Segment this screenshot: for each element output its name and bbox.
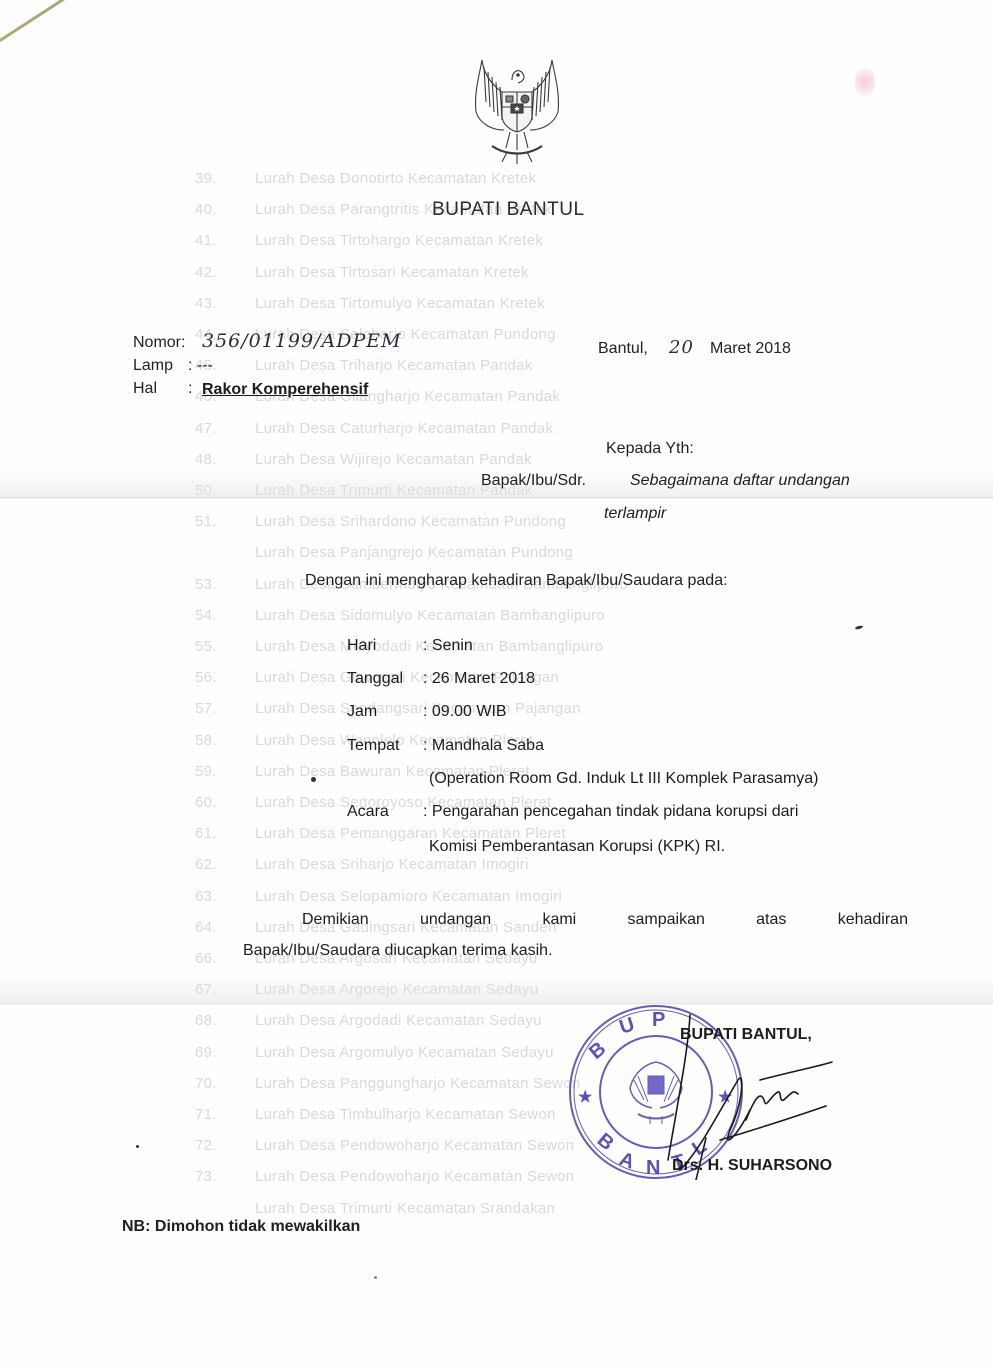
ghost-text-line: 47.Lurah Desa Caturharjo Kecamatan Panda… bbox=[195, 420, 553, 437]
hal-value: Rakor Komperehensif bbox=[202, 381, 368, 399]
ghost-text-line: 72.Lurah Desa Pendowoharjo Kecamatan Sew… bbox=[195, 1137, 574, 1154]
detail-label: Acara bbox=[347, 803, 423, 821]
signatory-title: BUPATI BANTUL, bbox=[680, 1026, 812, 1044]
ghost-text-line: 48.Lurah Desa Wijirejo Kecamatan Pandak bbox=[195, 451, 532, 468]
svg-text:U: U bbox=[617, 1013, 638, 1038]
recipient-salutation: Kepada Yth: bbox=[606, 440, 694, 458]
ghost-text-line: 39.Lurah Desa Donotirto Kecamatan Kretek bbox=[195, 170, 536, 187]
svg-text:B: B bbox=[585, 1038, 610, 1064]
closing-line2: Bapak/Ibu/Saudara diucapkan terima kasih… bbox=[243, 942, 553, 960]
lamp-value: : --- bbox=[188, 357, 213, 375]
detail-label: Hari bbox=[347, 637, 423, 655]
signatory-name: Drs. H. SUHARSONO bbox=[672, 1157, 832, 1175]
detail-value: : Mandhala Saba bbox=[423, 737, 544, 754]
detail-row: Tanggal: 26 Maret 2018 bbox=[347, 670, 535, 688]
nomor-label: Nomor: bbox=[133, 334, 185, 352]
ghost-text-line: 41.Lurah Desa Tirtohargo Kecamatan Krete… bbox=[195, 232, 543, 249]
garuda-emblem-icon bbox=[462, 52, 572, 172]
intro-paragraph: Dengan ini mengharap kehadiran Bapak/Ibu… bbox=[305, 572, 728, 590]
closing-word: undangan bbox=[420, 911, 491, 929]
scanned-letter-page: 39.Lurah Desa Donotirto Kecamatan Kretek… bbox=[0, 0, 993, 1366]
svg-text:N: N bbox=[646, 1157, 660, 1179]
paper-fold-line bbox=[0, 497, 993, 499]
ghost-text-line: 51.Lurah Desa Srihardono Kecamatan Pundo… bbox=[195, 513, 566, 530]
paper-fold-line bbox=[0, 1003, 993, 1005]
ink-speck bbox=[136, 1145, 139, 1148]
svg-text:A: A bbox=[616, 1148, 637, 1174]
detail-value: : 26 Maret 2018 bbox=[423, 670, 535, 687]
detail-label: Tanggal bbox=[347, 670, 423, 688]
ghost-text-line: 42.Lurah Desa Tirtosari Kecamatan Kretek bbox=[195, 264, 529, 281]
detail-value: : Senin bbox=[423, 637, 473, 654]
ghost-text-line: Lurah Desa Panjangrejo Kecamatan Pundong bbox=[195, 544, 573, 561]
ink-speck bbox=[374, 1276, 377, 1279]
date-day-handwritten: 20 bbox=[669, 337, 694, 358]
detail-label: Jam bbox=[347, 703, 423, 721]
paper-fold-shade bbox=[0, 975, 993, 1003]
ghost-text-line: 73.Lurah Desa Pendowoharjo Kecamatan Sew… bbox=[195, 1168, 574, 1185]
ghost-text-line: 43.Lurah Desa Tirtomulyo Kecamatan Krete… bbox=[195, 295, 545, 312]
detail-value: (Operation Room Gd. Induk Lt III Komplek… bbox=[429, 770, 819, 787]
ink-smudge bbox=[855, 68, 875, 96]
place-label: Bantul, bbox=[598, 340, 648, 358]
detail-value: Komisi Pemberantasan Korupsi (KPK) RI. bbox=[429, 838, 725, 855]
letterhead-title: BUPATI BANTUL bbox=[432, 199, 585, 221]
recipient-line2: terlampir bbox=[604, 505, 666, 523]
lamp-label: Lamp bbox=[133, 357, 173, 375]
ghost-text-line: 69.Lurah Desa Argomulyo Kecamatan Sedayu bbox=[195, 1044, 554, 1061]
ghost-text-line: 71.Lurah Desa Timbulharjo Kecamatan Sewo… bbox=[195, 1106, 556, 1123]
recipient-line1: Sebagaimana daftar undangan bbox=[630, 472, 850, 490]
ink-speck bbox=[855, 625, 864, 630]
detail-label: Tempat bbox=[347, 737, 423, 755]
detail-value: : Pengarahan pencegahan tindak pidana ko… bbox=[423, 803, 798, 820]
ink-speck bbox=[311, 777, 316, 782]
detail-row: Tempat: Mandhala Saba bbox=[347, 737, 544, 755]
svg-text:★: ★ bbox=[578, 1089, 593, 1106]
closing-word: sampaikan bbox=[628, 911, 705, 929]
detail-row: Jam: 09.00 WIB bbox=[347, 703, 507, 721]
ghost-text-line: 70.Lurah Desa Panggungharjo Kecamatan Se… bbox=[195, 1075, 581, 1092]
ghost-text-line: 63.Lurah Desa Selopamioro Kecamatan Imog… bbox=[195, 888, 562, 905]
hal-label: Hal bbox=[133, 380, 157, 398]
recipient-prefix: Bapak/Ibu/Sdr. bbox=[481, 472, 586, 490]
detail-row: (Operation Room Gd. Induk Lt III Komplek… bbox=[347, 770, 819, 788]
closing-word: kami bbox=[542, 911, 576, 929]
nomor-value-handwritten: 356/01199/ADPEM bbox=[202, 330, 402, 352]
ghost-text-line: 45.Lurah Desa Triharjo Kecamatan Pandak bbox=[195, 357, 533, 374]
closing-word: kehadiran bbox=[838, 911, 908, 929]
detail-value: : 09.00 WIB bbox=[423, 703, 507, 720]
ghost-text-line: Lurah Desa Trimurti Kecamatan Srandakan bbox=[195, 1200, 555, 1217]
ghost-text-line: 68.Lurah Desa Argodadi Kecamatan Sedayu bbox=[195, 1012, 542, 1029]
closing-line1: Demikianundangankamisampaikanataskehadir… bbox=[302, 911, 908, 929]
closing-word: Demikian bbox=[302, 911, 369, 929]
detail-row: Acara: Pengarahan pencegahan tindak pida… bbox=[347, 803, 798, 821]
ghost-text-line: 62.Lurah Desa Sriharjo Kecamatan Imogiri bbox=[195, 856, 529, 873]
date-month-year: Maret 2018 bbox=[710, 340, 791, 358]
paper-edge-line bbox=[0, 0, 190, 55]
svg-text:B: B bbox=[593, 1129, 618, 1155]
detail-row: Hari: Senin bbox=[347, 637, 473, 655]
ghost-text-line: 54.Lurah Desa Sidomulyo Kecamatan Bamban… bbox=[195, 607, 605, 624]
note-text: NB: Dimohon tidak mewakilkan bbox=[122, 1218, 360, 1236]
closing-word: atas bbox=[756, 911, 786, 929]
detail-row: Komisi Pemberantasan Korupsi (KPK) RI. bbox=[347, 838, 725, 856]
hal-separator: : bbox=[188, 380, 192, 398]
